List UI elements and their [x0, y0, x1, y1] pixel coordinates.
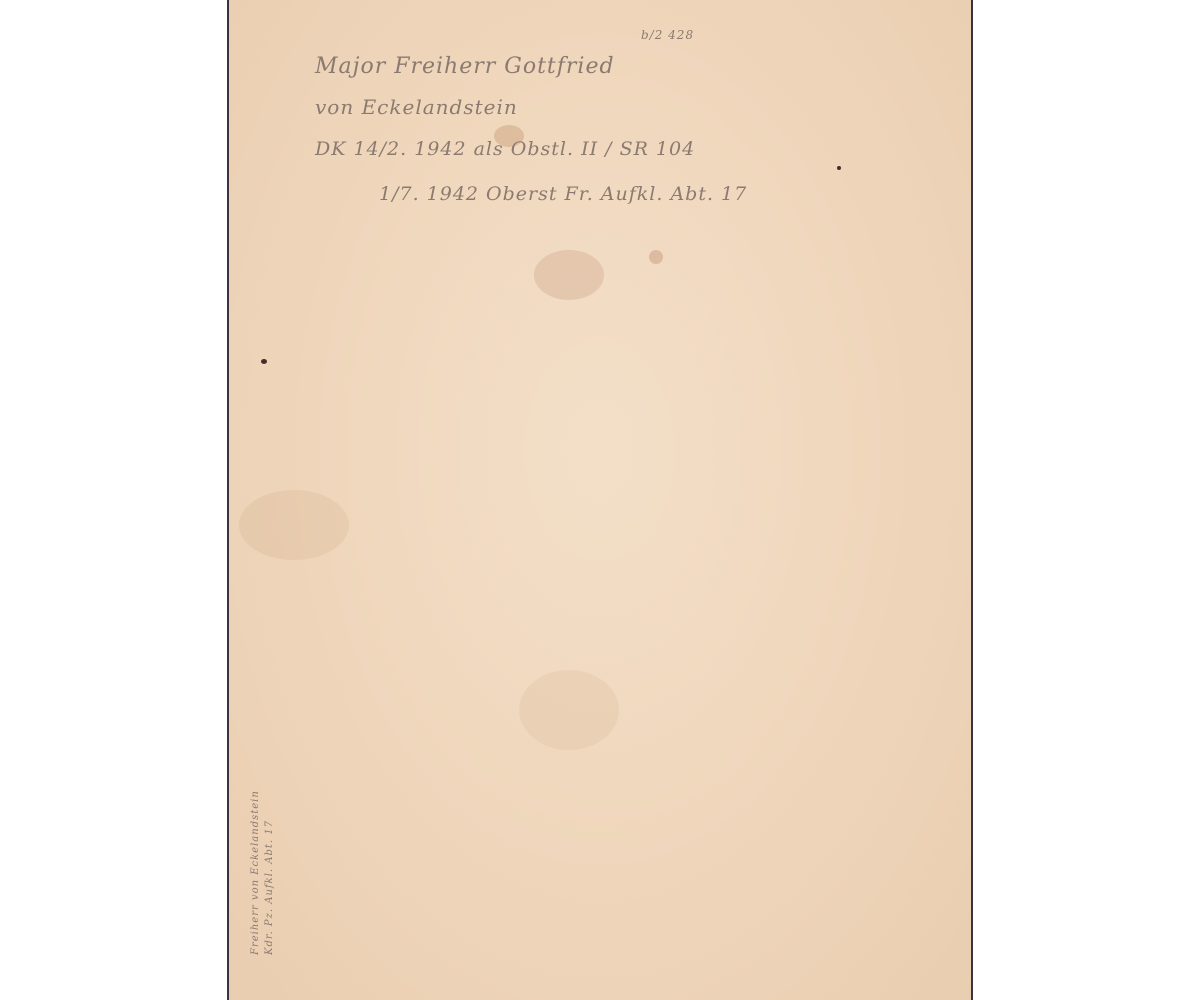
margin-note-line-2: Kdr. Pz. Aufkl. Abt. 17	[263, 790, 277, 955]
inscription-line-3: DK 14/2. 1942 als Obstl. II / SR 104	[315, 138, 695, 160]
stain	[649, 250, 663, 264]
ink-spot	[261, 359, 267, 364]
inscription-line-4: 1/7. 1942 Oberst Fr. Aufkl. Abt. 17	[379, 183, 747, 205]
stain	[534, 250, 604, 300]
margin-note: Freiherr von Eckelandstein Kdr. Pz. Aufk…	[249, 790, 277, 955]
document-card: b/2 428 Major Freiherr Gottfried von Eck…	[227, 0, 973, 1000]
stain	[519, 670, 619, 750]
stain	[239, 490, 349, 560]
ink-spot	[837, 166, 841, 170]
inscription-line-1: Major Freiherr Gottfried	[315, 54, 615, 79]
reference-number: b/2 428	[641, 28, 694, 42]
inscription-line-2: von Eckelandstein	[315, 95, 518, 119]
margin-note-line-1: Freiherr von Eckelandstein	[249, 790, 263, 955]
